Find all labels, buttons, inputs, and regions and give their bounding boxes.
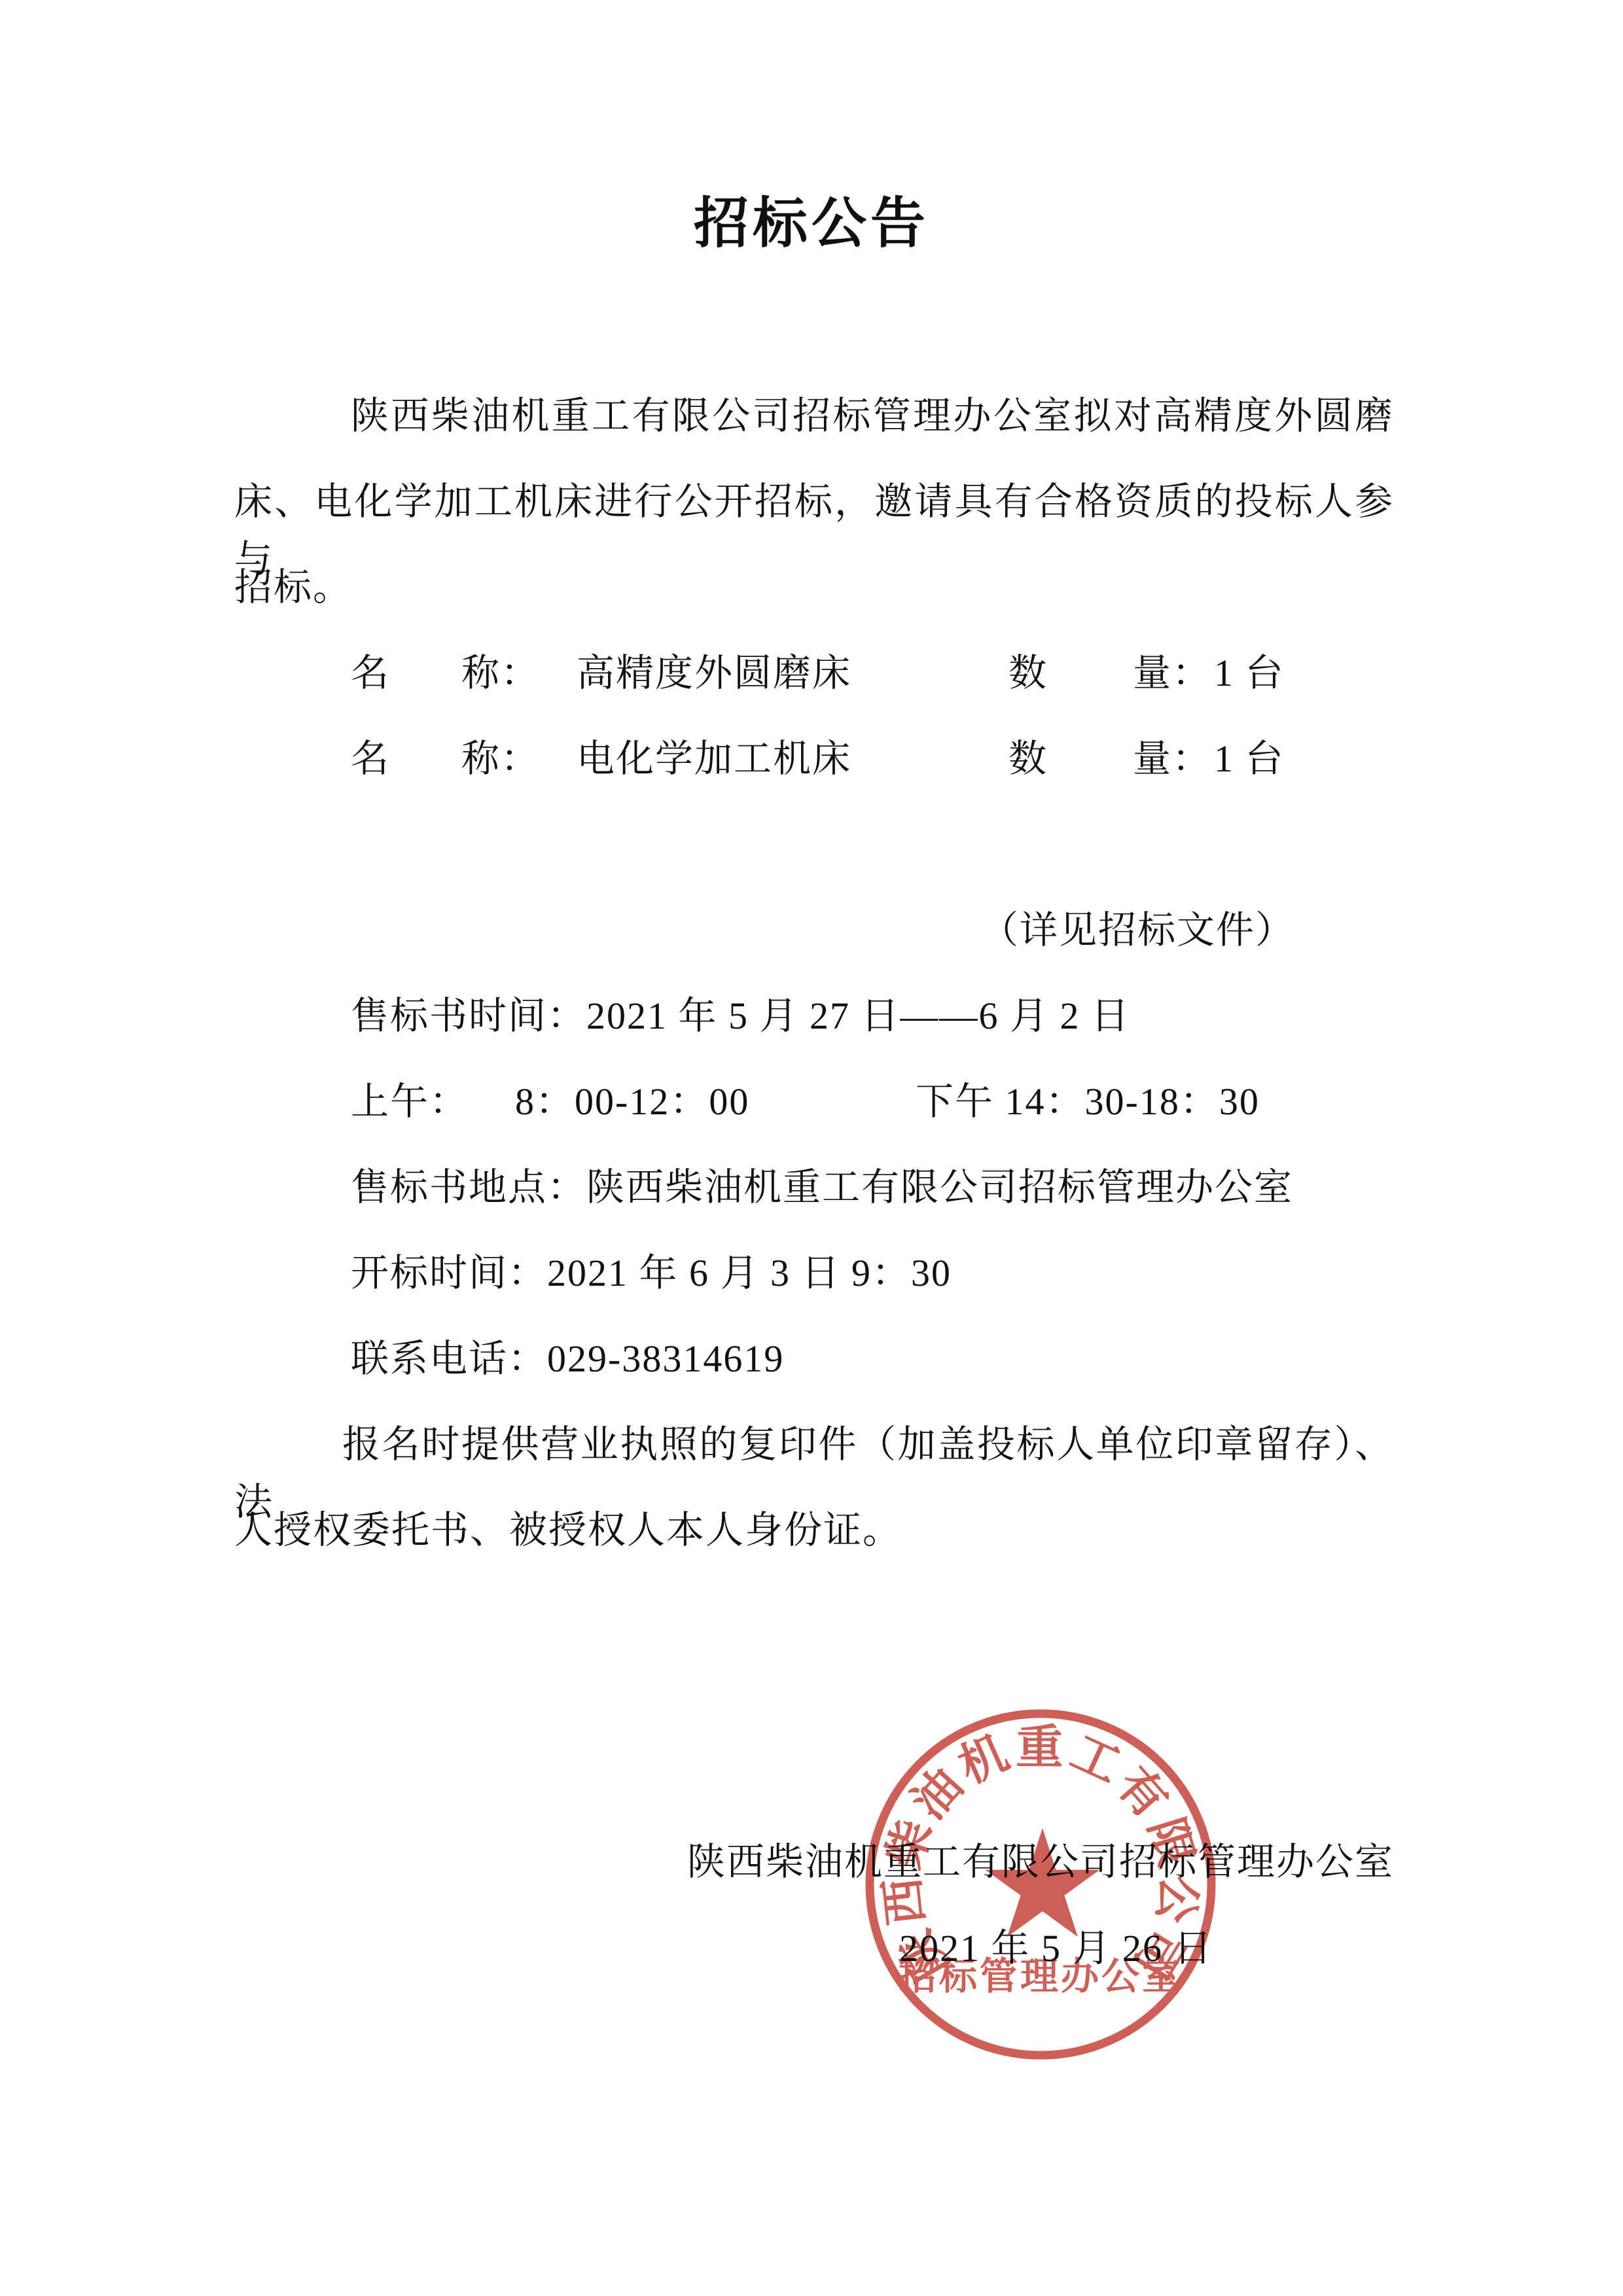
sale-time-label: 售标书时间： [351,995,586,1037]
phone-value: 029-38314619 [547,1337,784,1380]
item-qty-label: 数 [1008,645,1048,702]
sale-location-value: 陕西柴油机重工有限公司招标管理办公室 [586,1166,1293,1209]
item-row: 名 称： 电化学加工机床 数 量： 1 台 [234,730,1394,788]
document-page: 招标公告 陕西柴油机重工有限公司招标管理办公室拟对高精度外圆磨 床、电化学加工机… [0,0,1623,2296]
requirements-line-2: 人授权委托书、被授权人本人身份证。 [234,1502,1394,1559]
item-qty-label-2: 量： [1133,645,1211,702]
sale-time-line: 售标书时间：2021 年 5 月 27 日——6 月 2 日 [234,987,1394,1045]
phone-label: 联系电话： [351,1337,547,1380]
item-qty-label-2: 量： [1133,730,1211,788]
item-name-value: 高精度外圆磨床 [577,645,851,702]
item-qty-value: 1 台 [1214,645,1285,702]
sale-location-line: 售标书地点：陕西柴油机重工有限公司招标管理办公室 [234,1159,1394,1216]
item-name-value: 电化学加工机床 [577,730,851,788]
see-documents-note: （详见招标文件） [234,902,1394,959]
date-line: 2021 年 5 月 26 日 [234,1920,1394,1977]
official-seal: 陕西柴油机重工有限公司 招标管理办公室 [863,1706,1219,2062]
sale-location-label: 售标书地点： [351,1166,586,1209]
open-time-label: 开标时间： [351,1252,547,1294]
hours-am-label: 上午： [351,1073,469,1131]
hours-am-value: 8：00-12：00 [515,1073,749,1131]
phone-line: 联系电话：029-38314619 [234,1330,1394,1388]
item-name-label-2: 称： [461,730,540,788]
open-time-value: 2021 年 6 月 3 日 9：30 [547,1252,952,1294]
intro-line-2: 床、电化学加工机床进行公开招标，邀请具有合格资质的投标人参与 [234,473,1394,531]
requirements-line-1: 报名时提供营业执照的复印件（加盖投标人单位印章留存）、法 [234,1416,1394,1474]
item-row: 名 称： 高精度外圆磨床 数 量： 1 台 [234,645,1394,702]
item-name-label: 名 [351,645,390,702]
item-name-label: 名 [351,730,390,788]
seal-star-icon [986,1828,1100,1937]
seal-office-text: 招标管理办公室 [899,1955,1183,1998]
hours-line: 上午： 8：00-12：00 下午 14：30-18：30 [234,1073,1394,1131]
intro-line-1: 陕西柴油机重工有限公司招标管理办公室拟对高精度外圆磨 [234,387,1394,445]
page-title: 招标公告 [0,188,1623,260]
item-qty-value: 1 台 [1214,730,1285,788]
hours-pm-value: 下午 14：30-18：30 [916,1073,1260,1131]
intro-line-3: 招标。 [234,559,1394,616]
item-name-label-2: 称： [461,645,540,702]
sale-time-value: 2021 年 5 月 27 日——6 月 2 日 [586,995,1130,1037]
item-qty-label: 数 [1008,730,1048,788]
open-time-line: 开标时间：2021 年 6 月 3 日 9：30 [234,1245,1394,1302]
signature-line: 陕西柴油机重工有限公司招标管理办公室 [234,1833,1403,1891]
